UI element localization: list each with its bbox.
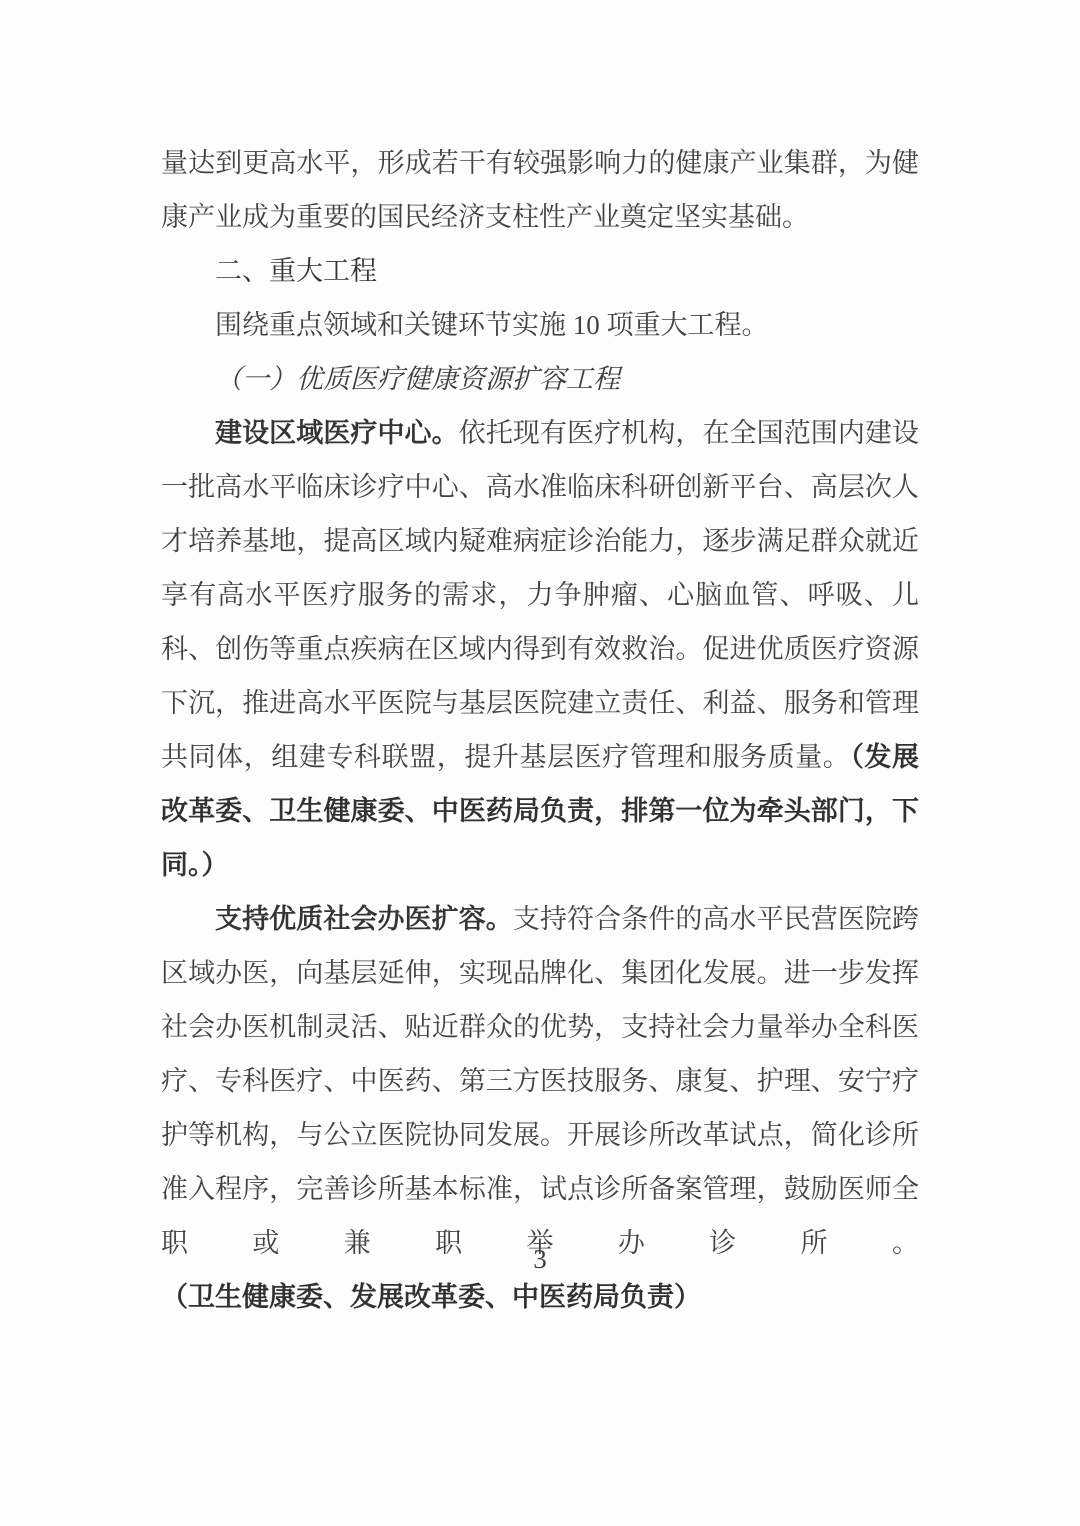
paragraph-regional-centers: 建设区域医疗中心。依托现有医疗机构，在全国范围内建设一批高水平临床诊疗中心、高水…: [161, 406, 919, 892]
paragraph-text: 依托现有医疗机构，在全国范围内建设一批高水平临床诊疗中心、高水准临床科研创新平台…: [161, 418, 919, 772]
paragraph-continued: 量达到更高水平，形成若干有较强影响力的健康产业集群，为健康产业成为重要的国民经济…: [161, 136, 919, 244]
paragraph-lead: 支持优质社会办医扩容。: [215, 904, 513, 934]
paragraph-lead: 建设区域医疗中心。: [215, 418, 459, 448]
document-page: 量达到更高水平，形成若干有较强影响力的健康产业集群，为健康产业成为重要的国民经济…: [0, 0, 1080, 1526]
section-heading: 二、重大工程: [161, 244, 919, 298]
page-number: 3: [161, 1241, 919, 1277]
paragraph-text: 支持符合条件的高水平民营医院跨区域办医，向基层延伸，实现品牌化、集团化发展。进一…: [161, 904, 919, 1258]
document-body: 量达到更高水平，形成若干有较强影响力的健康产业集群，为健康产业成为重要的国民经济…: [161, 136, 919, 1324]
subsection-heading: （一）优质医疗健康资源扩容工程: [161, 352, 919, 406]
paragraph-intro: 围绕重点领域和关键环节实施 10 项重大工程。: [161, 298, 919, 352]
responsible-depts: （卫生健康委、发展改革委、中医药局负责）: [161, 1282, 701, 1312]
